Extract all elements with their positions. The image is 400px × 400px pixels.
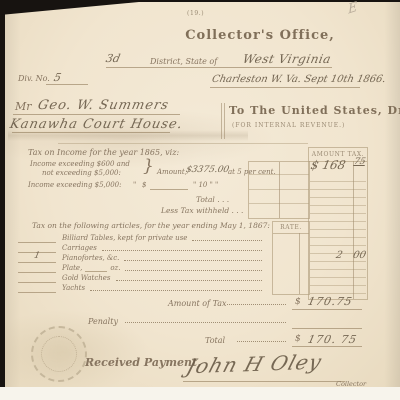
income-tax-cents: 75 — [353, 157, 367, 167]
dotted-leader — [192, 240, 262, 241]
office-title: Collector's Office, — [160, 28, 360, 43]
summary-amount-label: Amount of Tax — [168, 299, 227, 308]
income-amount-value: $3375.00 — [185, 165, 230, 175]
received-payment-text: Received Payment, — [85, 356, 201, 369]
district-printed-text: District, State of — [150, 57, 217, 66]
dotted-leader — [125, 270, 262, 271]
form-number: (19.) — [187, 10, 204, 17]
summary-amount-underline — [292, 309, 362, 310]
place-date-handwritten: Charleston W. Va. Sept 10th 1866. — [211, 74, 387, 85]
pencil-mark: E — [348, 0, 358, 18]
income-line2-ditto: " — [133, 181, 136, 189]
summary-amount-dollar: $ — [295, 297, 301, 307]
div-no-label: Div. No. — [18, 74, 50, 83]
addressee-name: Geo. W. Summers — [36, 98, 170, 113]
total-underline — [292, 346, 362, 347]
income-bracket-line2: not exceeding $5,000: — [42, 169, 121, 177]
state-name-handwritten: West Virginia — [242, 52, 333, 66]
dotted-leader — [102, 250, 262, 251]
income-line2-blank — [150, 189, 188, 190]
total-value: 170. 75 — [307, 333, 359, 346]
penalty-blank-line — [292, 328, 362, 329]
penalty-label: Penalty — [88, 317, 118, 326]
div-no-underline — [46, 84, 88, 85]
district-number-handwritten: 3d — [105, 52, 122, 65]
ledger-rules — [310, 174, 366, 296]
article-label: Carriages — [62, 244, 97, 252]
fold-crease — [8, 130, 248, 141]
section-divider — [58, 143, 308, 144]
income-tax-dollars: $ 168 — [310, 158, 347, 172]
dotted-leader — [90, 290, 262, 291]
collector-title: Collector — [336, 380, 366, 388]
total-label: Total — [205, 336, 225, 345]
article-label-suffix: oz. — [110, 264, 120, 272]
income-line2-dollar: $ — [142, 181, 146, 189]
date-underline — [210, 87, 360, 88]
salutation: Mr — [15, 100, 32, 113]
article-label: Billiard Tables, kept for private use — [62, 234, 187, 242]
income-amount-label: Amount, — [157, 168, 187, 176]
income-title: Tax on Income for the year 1865, viz: — [28, 148, 179, 157]
debtor-bracket-line — [221, 103, 222, 139]
dotted-leader — [124, 260, 262, 261]
penalty-leader — [120, 315, 288, 325]
debtor-bracket-line2 — [224, 103, 225, 139]
income-withheld-label: Less Tax withheld . . . — [161, 206, 243, 215]
article-row: Yachts — [18, 283, 264, 293]
article-label: Plate, — [62, 264, 82, 272]
signature-underline — [183, 381, 345, 382]
article-qty-line — [18, 273, 56, 293]
article-label: Yachts — [62, 284, 85, 292]
div-no-value: 5 — [53, 71, 63, 84]
total-leader — [232, 334, 288, 344]
photo-frame: (19.) E Collector's Office, 3d District,… — [0, 0, 400, 400]
summary-amount-value: 170.75 — [307, 295, 354, 308]
name-underline — [13, 114, 180, 115]
total-dollar: $ — [295, 334, 301, 344]
income-line2-rate: " 10 " " — [193, 181, 218, 189]
summary-amount-leader — [222, 297, 288, 307]
article-label: Gold Watches — [62, 274, 111, 282]
worksheet-grid — [248, 161, 310, 219]
rate-column: RATE. — [272, 221, 310, 295]
embossed-seal — [31, 326, 87, 382]
district-underline — [106, 67, 332, 68]
income-brace: } — [143, 156, 154, 176]
embossed-seal-inner — [41, 336, 77, 372]
rate-header: RATE. — [273, 224, 309, 234]
collector-signature: John H Oley — [184, 350, 325, 379]
articles-title: Tax on the following articles, for the y… — [32, 221, 270, 230]
revenue-caption: (FOR INTERNAL REVENUE.) — [232, 122, 345, 129]
income-line2-label: Income exceeding $5,000: — [28, 181, 122, 189]
dotted-leader — [116, 280, 263, 281]
debtor-line: To The United States, Dr. — [229, 104, 400, 117]
article-label: Pianofortes, &c. — [62, 254, 119, 262]
income-total-label: Total . . . — [196, 195, 229, 204]
article-tax-cents: 00 — [352, 250, 367, 261]
article-blank-line — [85, 271, 107, 272]
income-bracket-line1: Income exceeding $600 and — [30, 160, 130, 168]
